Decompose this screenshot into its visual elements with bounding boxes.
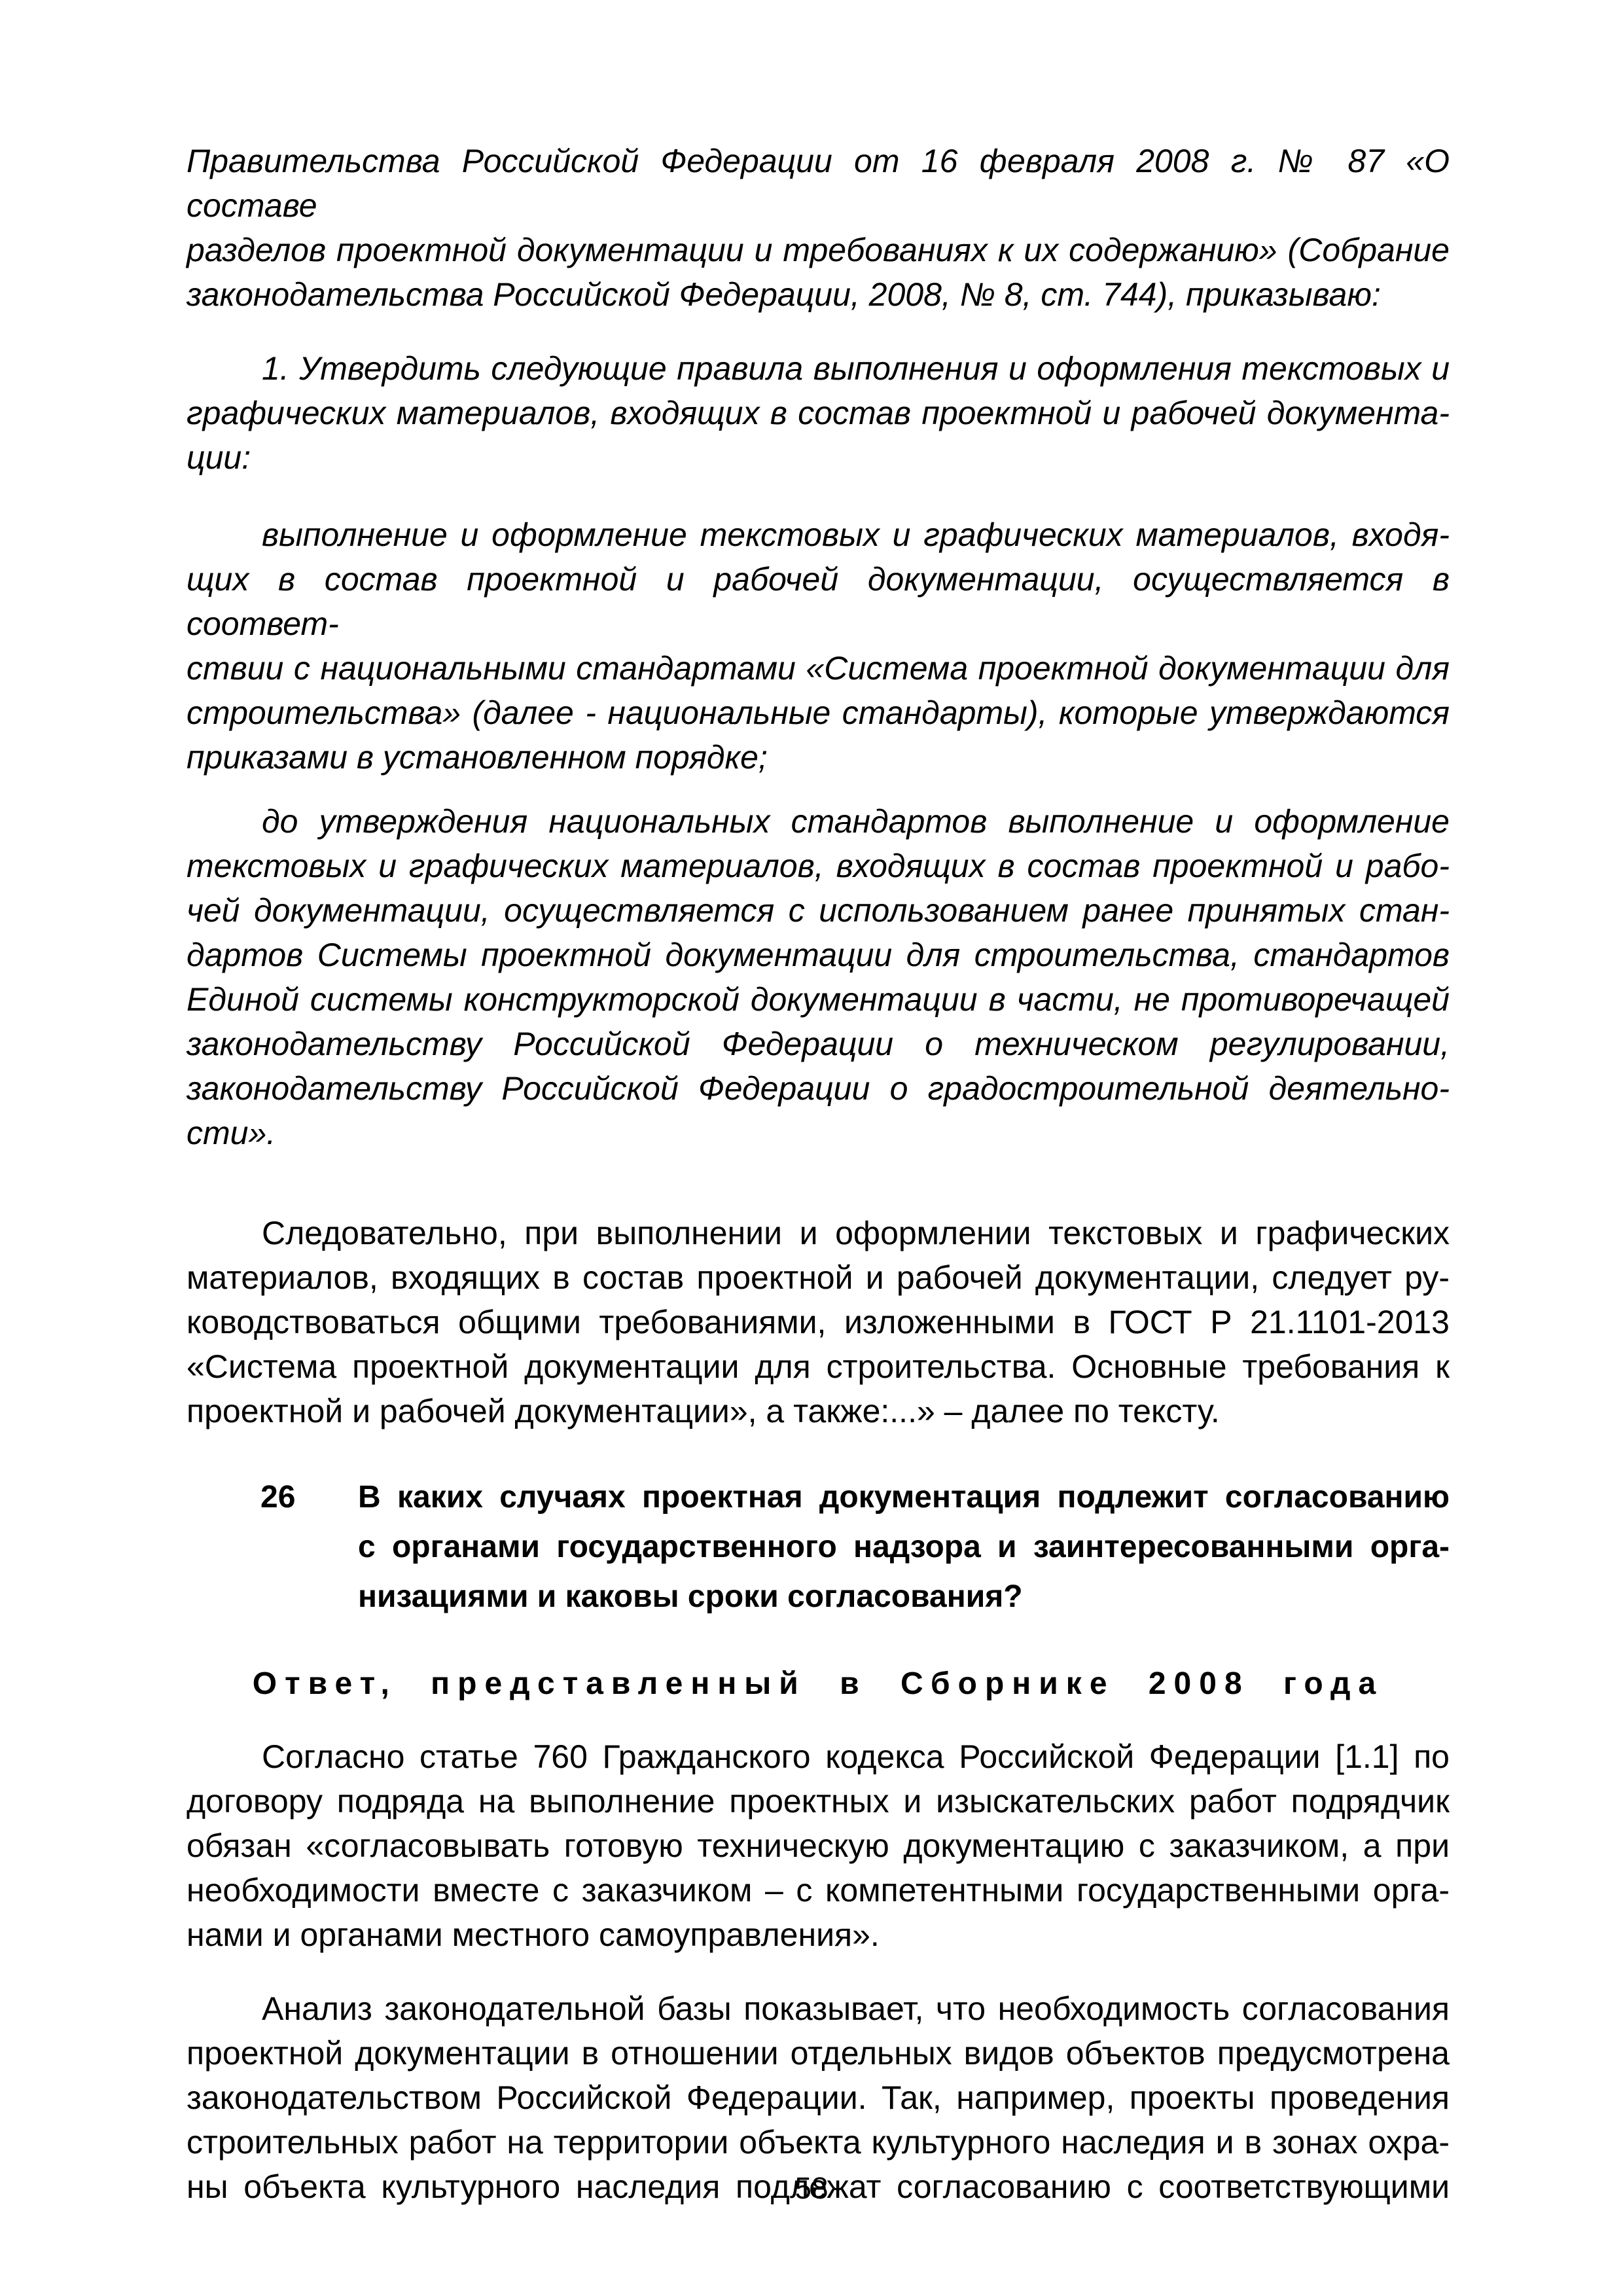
text-line: приказами в установленном порядке; (187, 735, 1450, 780)
text-line: дартов Системы проектной документации дл… (187, 933, 1450, 977)
paragraph: Следовательно, при выполнении и оформлен… (187, 1211, 1450, 1433)
text-line: ции: (187, 435, 1450, 480)
text-line: до утверждения национальных стандартов в… (187, 799, 1450, 844)
text-line: текстовых и графических материалов, вход… (187, 844, 1450, 888)
paragraph: выполнение и оформление текстовых и граф… (187, 512, 1450, 780)
text-line: проектной и рабочей документации», а так… (187, 1389, 1450, 1433)
question-number: 26 (187, 1473, 358, 1522)
text-line: чей документации, осуществляется с испол… (187, 888, 1450, 933)
paragraph: 1. Утвердить следующие правила выполнени… (187, 346, 1450, 480)
question-heading: 26В каких случаях проектная документация… (187, 1473, 1450, 1622)
text-line: законодательству Российской Федерации о … (187, 1066, 1450, 1111)
text-line: строительных работ на территории объекта… (187, 2120, 1450, 2164)
text-line: графических материалов, входящих в соста… (187, 391, 1450, 435)
text-line: законодательством Российской Федерации. … (187, 2075, 1450, 2120)
text-line: нами и органами местного самоуправления»… (187, 1912, 1450, 1957)
text-line: Правительства Российской Федерации от 16… (187, 139, 1450, 228)
text-line: «Система проектной документации для стро… (187, 1344, 1450, 1389)
text-line: Согласно статье 760 Гражданского кодекса… (187, 1734, 1450, 1779)
text-line: Следовательно, при выполнении и оформлен… (187, 1211, 1450, 1255)
text-line: обязан «согласовывать готовую техническу… (187, 1823, 1450, 1868)
text-line: Анализ законодательной базы показывает, … (187, 1986, 1450, 2031)
question-lines: В каких случаях проектная документация п… (358, 1473, 1450, 1622)
text-line: законодательства Российской Федерации, 2… (187, 272, 1450, 317)
text-line: необходимости вместе с заказчиком – с ко… (187, 1868, 1450, 1912)
text-line: сти». (187, 1111, 1450, 1155)
text-line: с органами государственного надзора и за… (358, 1522, 1450, 1572)
paragraph: до утверждения национальных стандартов в… (187, 799, 1450, 1155)
text-line: законодательству Российской Федерации о … (187, 1022, 1450, 1066)
text-line: Единой системы конструкторской документа… (187, 977, 1450, 1022)
text-line: ствии с национальными стандартами «Систе… (187, 646, 1450, 691)
text-line: строительства» (далее - национальные ста… (187, 691, 1450, 735)
text-line: низациями и каковы сроки согласования? (358, 1572, 1450, 1622)
text-line: договору подряда на выполнение проектных… (187, 1779, 1450, 1823)
answer-heading: Ответ, представленный в Сборнике 2008 го… (187, 1661, 1450, 1707)
paragraph: Согласно статье 760 Гражданского кодекса… (187, 1734, 1450, 1957)
document-page: Правительства Российской Федерации от 16… (0, 0, 1623, 2296)
text-line: проектной документации в отношении отдел… (187, 2031, 1450, 2075)
text-line: материалов, входящих в состав проектной … (187, 1255, 1450, 1300)
text-line: выполнение и оформление текстовых и граф… (187, 512, 1450, 557)
document-body: Правительства Российской Федерации от 16… (187, 139, 1450, 2209)
text-line: щих в состав проектной и рабочей докумен… (187, 557, 1450, 646)
text-line: ководствоваться общими требованиями, изл… (187, 1300, 1450, 1344)
text-line: В каких случаях проектная документация п… (358, 1473, 1450, 1522)
paragraph: Правительства Российской Федерации от 16… (187, 139, 1450, 317)
text-line: разделов проектной документации и требов… (187, 228, 1450, 272)
text-line: 1. Утвердить следующие правила выполнени… (187, 346, 1450, 391)
page-number: 58 (0, 2172, 1623, 2204)
